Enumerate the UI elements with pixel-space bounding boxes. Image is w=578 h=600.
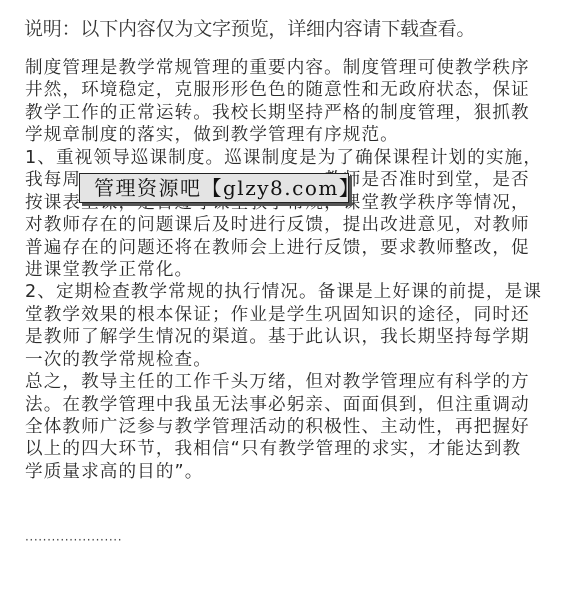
- text-line: 进课堂教学正常化。: [25, 259, 555, 281]
- text-line: 一次的教学常规检查。: [25, 349, 555, 371]
- text-line: 堂教学效果的根本保证；作业是学生巩固知识的途径，同时还: [25, 304, 555, 326]
- document-body: 制度管理是教学常规管理的重要内容。制度管理可使教学秩序 井然，环境稳定，克服形形…: [25, 57, 555, 483]
- text-line: 学规章制度的落实，做到教学管理有序规范。: [25, 124, 555, 146]
- text-line: 1、重视领导巡课制度。巡课制度是为了确保课程计划的实施，: [25, 147, 555, 169]
- preview-notice: 说明：以下内容仅为文字预览，详细内容请下载查看。: [24, 16, 475, 42]
- text-line: 对教师存在的问题课后及时进行反馈，提出改进意见，对教师: [25, 214, 555, 236]
- text-line: 全体教师广泛参与教学管理活动的积极性、主动性，再把握好: [25, 416, 555, 438]
- text-line: 法。在教学管理中我虽无法事必躬亲、面面俱到，但注重调动: [25, 394, 555, 416]
- text-line: 是教师了解学生情况的渠道。基于此认识，我长期坚持每学期: [25, 326, 555, 348]
- text-line: 学质量求高的目的”。: [25, 461, 555, 483]
- text-line: 总之，教导主任的工作千头万绪，但对教学管理应有科学的方: [25, 371, 555, 393]
- text-line: 2、定期检查教学常规的执行情况。备课是上好课的前提，是课: [25, 281, 555, 303]
- truncation-ellipsis: ······················: [25, 533, 122, 547]
- text-line: 以上的四大环节，我相信“只有教学管理的求实，才能达到教: [25, 438, 555, 460]
- text-line: 普遍存在的问题还将在教师会上进行反馈，要求教师整改，促: [25, 237, 555, 259]
- text-line: 制度管理是教学常规管理的重要内容。制度管理可使教学秩序: [25, 57, 555, 79]
- text-line: 教学工作的正常运转。我校长期坚持严格的制度管理，狠抓教: [25, 102, 555, 124]
- watermark-banner: 管理资源吧【glzy8.com】: [79, 173, 349, 203]
- text-line: 井然，环境稳定，克服形形色色的随意性和无政府状态，保证: [25, 79, 555, 101]
